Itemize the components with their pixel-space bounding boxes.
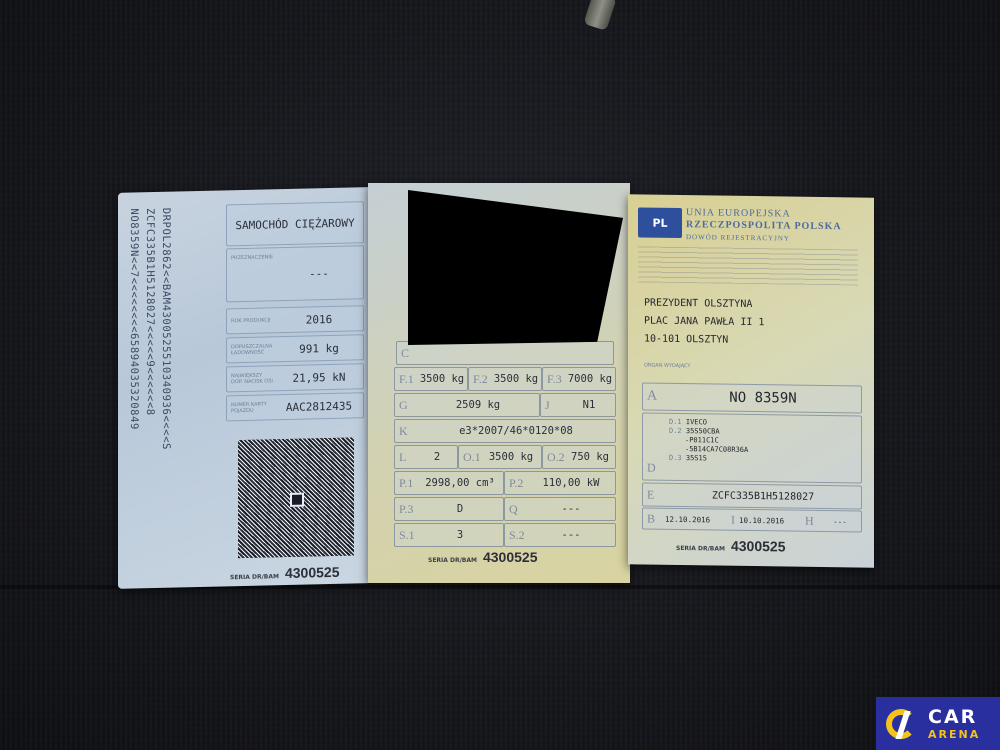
field-vehicle-card-number: NUMER KARTY POJAZDU AAC2812435	[226, 392, 364, 421]
vin-field: E ZCFC335B1H5128027	[642, 482, 862, 509]
cell-s2: S.2 ---	[504, 523, 616, 547]
dates-field: B 12.10.2016 I 10.10.2016 H ---	[642, 507, 862, 532]
mrz-line: ZCFC335B1H5128027<<<<<9<<<<<<8	[144, 208, 156, 578]
serial-number: SERIA DR/BAM 4300525	[676, 537, 786, 555]
cell-o1: O.1 3500 kg	[458, 445, 542, 469]
field-payload: DOPUSZCZALNA ŁADOWNOŚĆ 991 kg	[226, 334, 364, 363]
machine-readable-zone: NO8359N<<7<<<<<<<<65894035320849 ZCFC335…	[128, 207, 194, 578]
mrz-line: DRPOL2862<<BAM4300525510340936<<<<S	[160, 208, 172, 578]
fine-print	[638, 246, 858, 285]
cell-p2: P.2 110,00 kW	[504, 471, 616, 495]
cell-p3: P.3 D	[394, 497, 504, 521]
eu-flag-icon: PL	[638, 207, 682, 238]
cell-f2: F.2 3500 kg	[468, 367, 542, 391]
registration-left-page: NO8359N<<7<<<<<<<<65894035320849 ZCFC335…	[118, 187, 368, 589]
vehicle-make-field: D D.1 IVECO D.2 35S50CBA -P011C1C -5B14C…	[642, 412, 862, 483]
field-axle-load: NAJWIĘKSZY DOP. NACISK OSI 21,95 kN	[226, 363, 364, 392]
cell-f3: F.3 7000 kg	[542, 367, 616, 391]
cell-l: L 2	[394, 445, 458, 469]
logo-text-car: CAR	[928, 708, 980, 727]
cell-p1: P.1 2998,00 cm³	[394, 471, 504, 495]
cell-g: G 2509 kg	[394, 393, 540, 417]
serial-number: SERIA DR/BAM 4300525	[230, 564, 340, 582]
registration-right-page: PL UNIA EUROPEJSKA RZECZPOSPOLITA POLSKA…	[628, 194, 874, 567]
cell-s1: S.1 3	[394, 523, 504, 547]
issuing-authority: PREZYDENT OLSZTYNA PLAC JANA PAWŁA II 1 …	[644, 295, 764, 351]
car-arena-logo: CAR ARENA	[876, 697, 1000, 750]
cell-j: J N1	[540, 393, 616, 417]
field-purpose: PRZEZNACZENIE ---	[226, 245, 364, 302]
mrz-line: NO8359N<<7<<<<<<<<65894035320849	[128, 208, 140, 578]
cell-k: K e3*2007/46*0120*08	[394, 419, 616, 443]
serial-number: SERIA DR/BAM 4300525	[428, 549, 538, 565]
car-arena-logo-icon	[886, 707, 920, 741]
cell-o2: O.2 750 kg	[542, 445, 616, 469]
field-vehicle-kind: SAMOCHÓD CIĘŻAROWY	[226, 201, 364, 246]
document-header: UNIA EUROPEJSKA RZECZPOSPOLITA POLSKA DO…	[686, 207, 861, 245]
issuer-label: ORGAN WYDAJĄCY	[644, 363, 690, 370]
cell-q: Q ---	[504, 497, 616, 521]
aztec-barcode	[238, 437, 354, 558]
field-production-year: ROK PRODUKCJI 2016	[226, 305, 364, 334]
cell-f1: F.1 3500 kg	[394, 367, 468, 391]
logo-text-arena: ARENA	[928, 729, 980, 740]
registration-number-field: A NO 8359N	[642, 382, 862, 413]
